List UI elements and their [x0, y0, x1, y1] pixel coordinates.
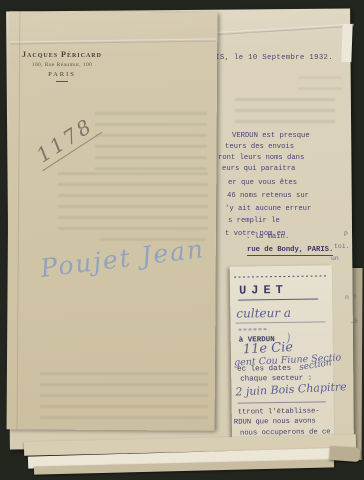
faint-hand-mark [239, 328, 269, 330]
letter-line: eurs qui paraitra [215, 164, 357, 175]
letter-line: 'y ait aucune erreur [215, 203, 357, 216]
form-rule [238, 401, 326, 403]
stacked-sheet-curl [330, 446, 361, 462]
bleedthrough-text [235, 98, 335, 124]
margin-fragment: n ? [345, 294, 357, 301]
bleedthrough-text [95, 112, 207, 170]
note-title-fragment: UJET [239, 283, 288, 298]
letter-line: er que vous êtes [215, 177, 357, 190]
form-rule [235, 321, 325, 323]
letter-line: 46 noms retenus sur [215, 190, 357, 203]
title-underline [238, 298, 318, 300]
letterhead-address: 100, Rue Réaumur, 100 [14, 62, 110, 68]
margin-fragment: .8 [350, 318, 358, 325]
margin-fragment: P [344, 231, 348, 238]
paper-fold-highlight [341, 24, 352, 62]
letter-line: s remplir le [215, 215, 357, 228]
letterhead-block: Jacques Péricard 100, Rue Réaumur, 100 P… [14, 50, 110, 82]
letter-address-line: rue de Bondy, PARIS. [247, 246, 333, 256]
questionnaire-note: UJET culteur a à VERDUN 11e Cie gent Cou… [230, 265, 335, 452]
letterhead-name: Jacques Péricard [14, 50, 110, 59]
bleedthrough-text [58, 172, 208, 236]
letter-dateline: PARIS, le 10 Septembre 1932. [201, 54, 333, 62]
letter-line: VERDUN est presque [215, 131, 357, 142]
letterhead-city: PARIS [14, 71, 110, 78]
margin-fragment: un [331, 255, 339, 262]
note-line: ttront l'établisse- [232, 406, 332, 418]
note-dates-typed: ec les dates [237, 365, 291, 374]
margin-fragment: toi. [334, 243, 350, 250]
note-occupation-hand: culteur a [236, 306, 291, 321]
dotted-rule [234, 275, 328, 277]
letterhead-rule [56, 81, 68, 82]
letter-closing-fragment: . la main. [246, 233, 289, 241]
letter-line: teurs des envois [215, 142, 357, 153]
document-photo: PARIS, le 10 Septembre 1932. VERDUN est … [0, 0, 364, 480]
letter-paragraph-1: VERDUN est presque teurs des envois ront… [215, 131, 357, 175]
letter-paragraph-2: er que vous êtes 46 noms retenus sur 'y … [215, 177, 357, 241]
bleedthrough-text [298, 76, 342, 92]
bleedthrough-text [40, 372, 208, 424]
letter-line: ront leurs noms dans [215, 153, 357, 164]
